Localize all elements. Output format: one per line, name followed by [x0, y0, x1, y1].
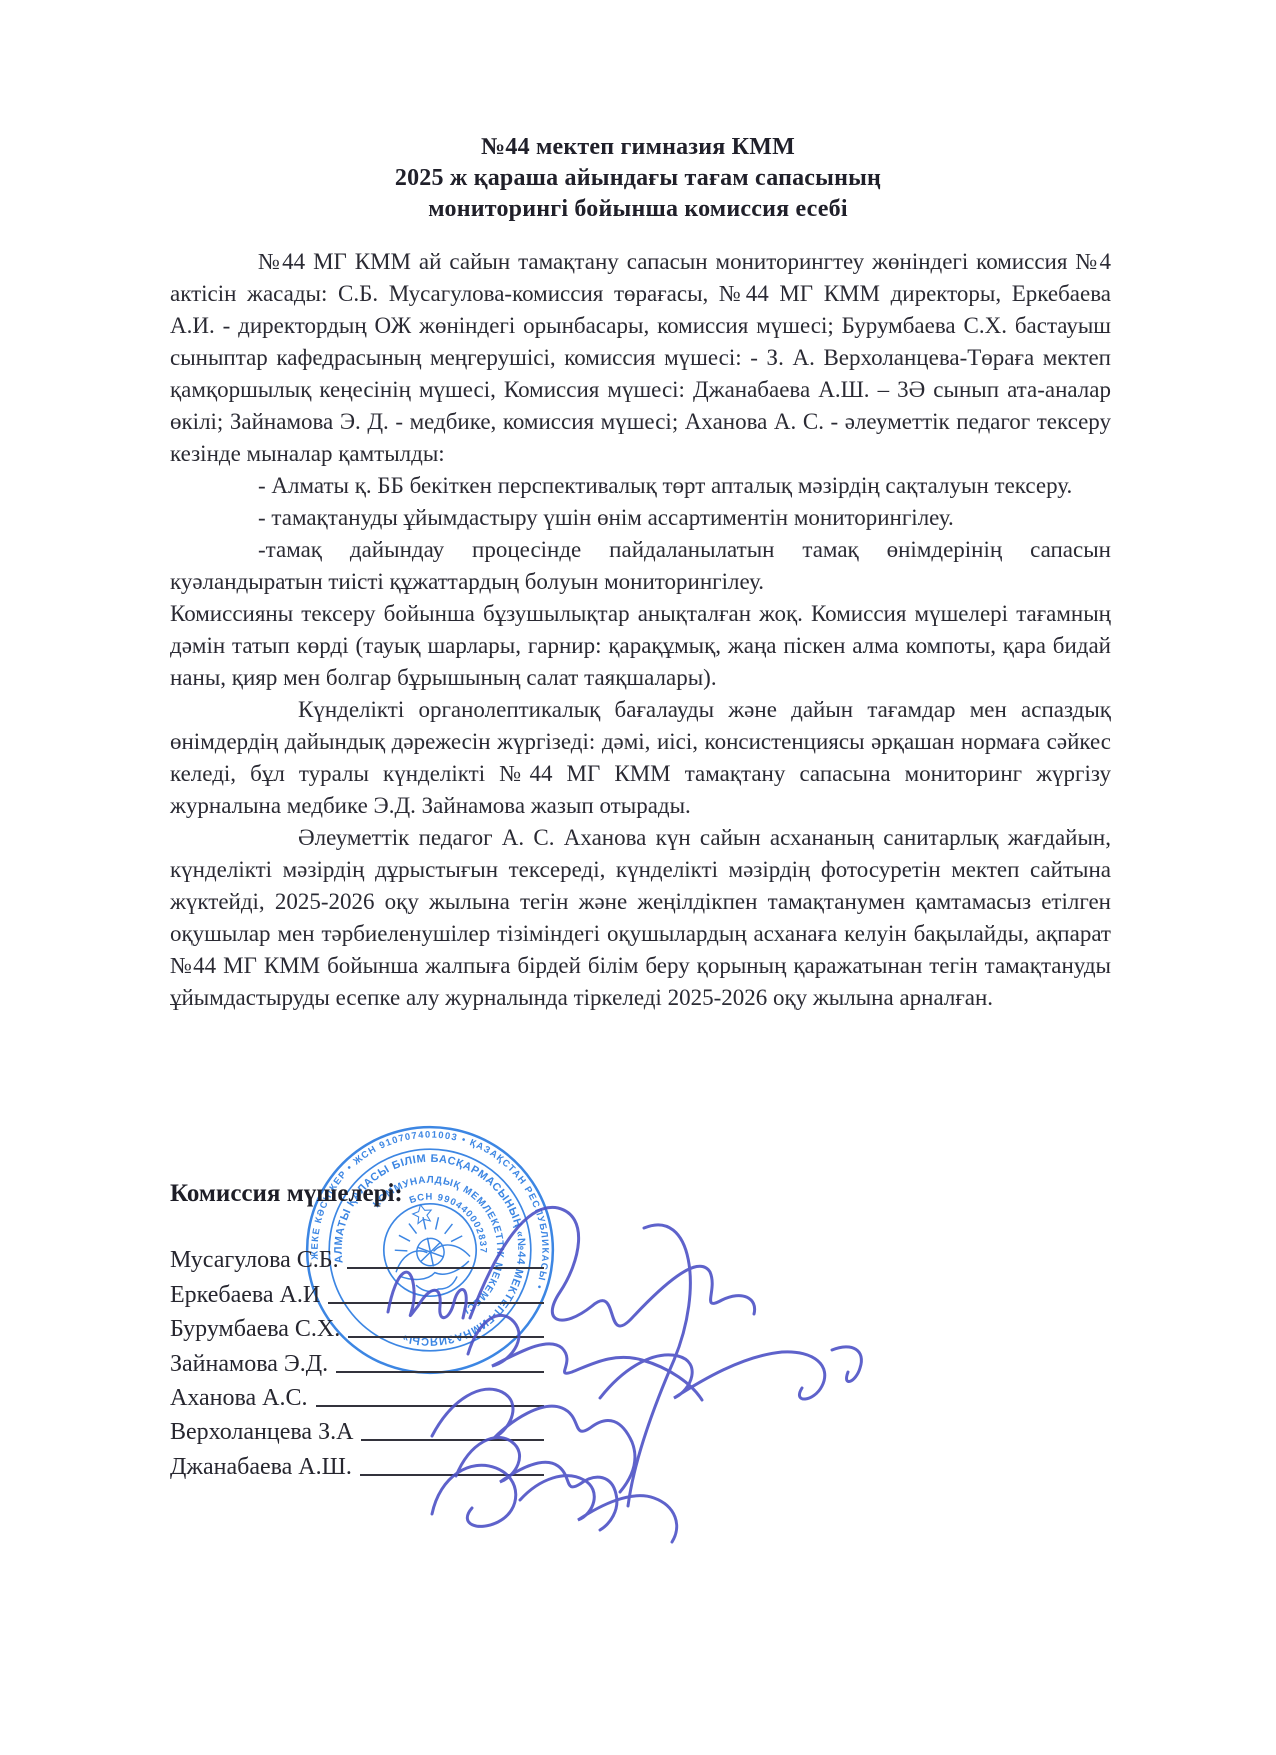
signature-ink-verkholantseva: [456, 1437, 617, 1530]
signature-ink-akhanova: [432, 1389, 635, 1492]
signature-ink-musagulova: [388, 1272, 466, 1318]
signature-ink-dzhanabaeva: [432, 1465, 677, 1542]
signature-ink-flourish: [470, 1207, 755, 1326]
scanned-document-page: №44 мектеп гимназия КММ 2025 ж қараша ай…: [0, 0, 1276, 1755]
signature-ink-burumbaeva: [468, 1315, 702, 1400]
signature-ink-zainamova-tail: [832, 1347, 861, 1382]
handwritten-signatures: [0, 0, 1276, 1755]
